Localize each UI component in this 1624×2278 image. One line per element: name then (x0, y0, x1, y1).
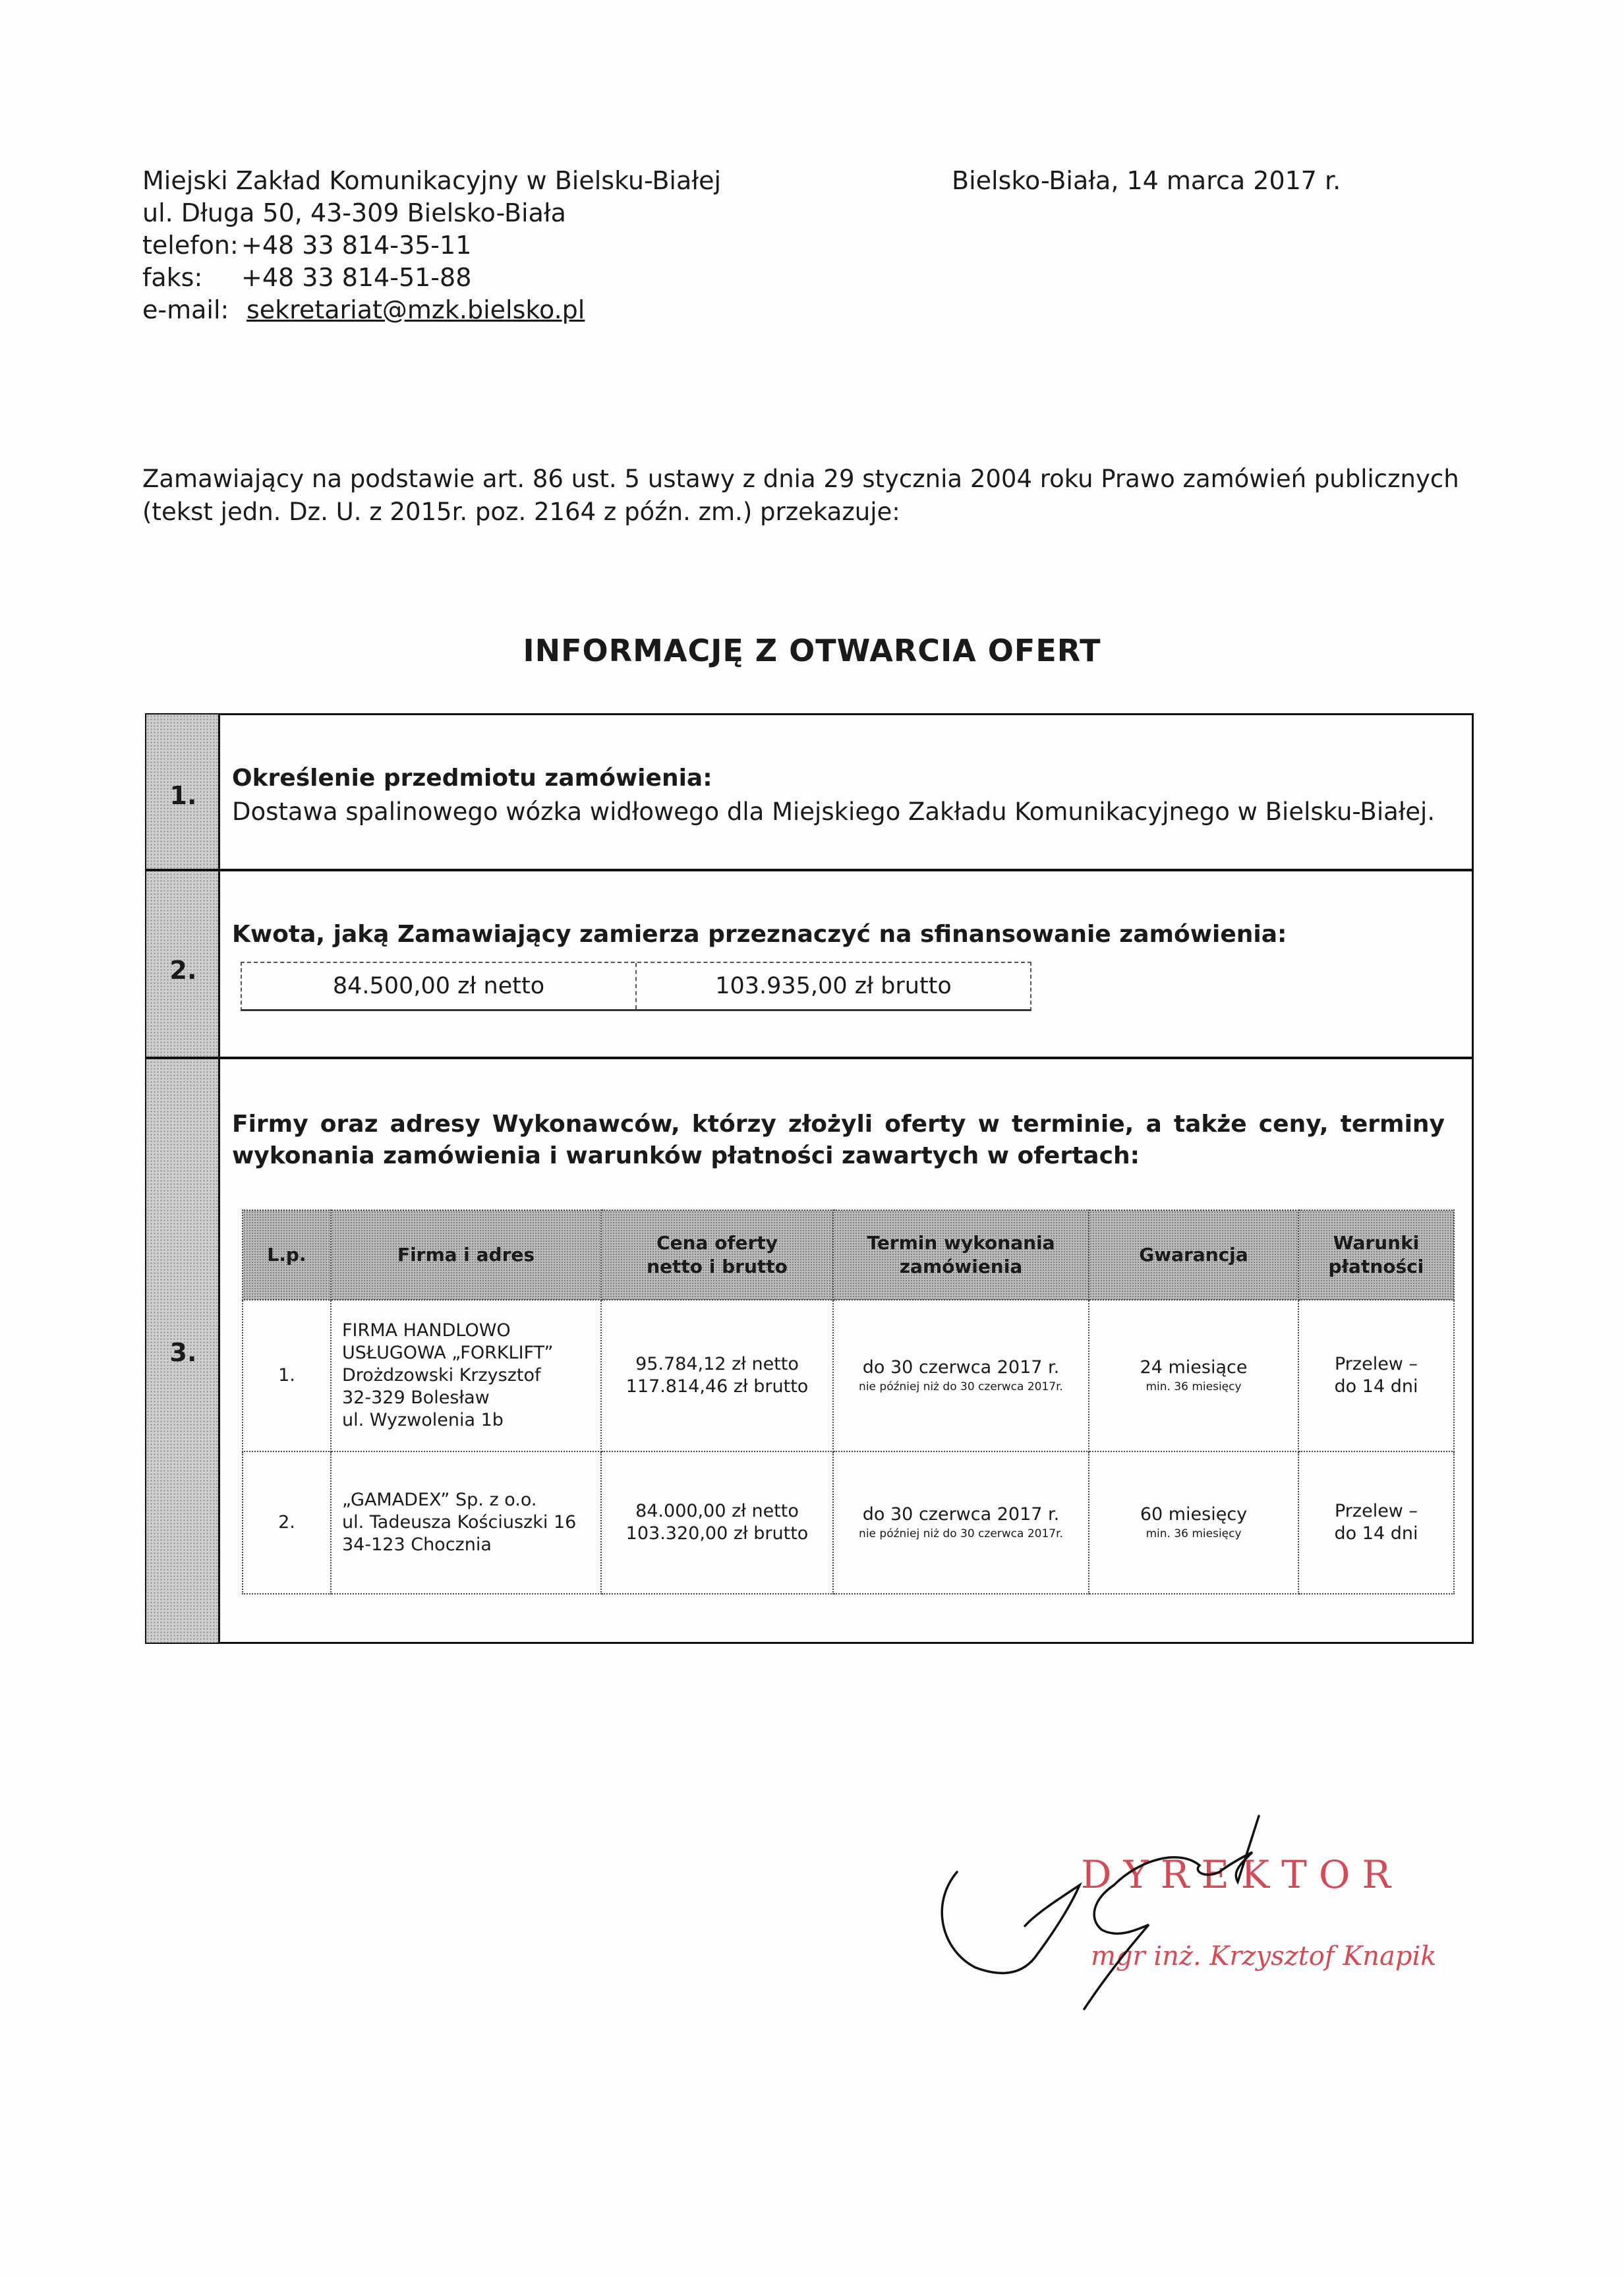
intro-paragraph: Zamawiający na podstawie art. 86 ust. 5 … (142, 463, 1480, 529)
section-divider-2 (146, 1057, 1474, 1059)
header-firm: Firma i adres (331, 1210, 601, 1300)
row-price: 95.784,12 zł netto117.814,46 zł brutto (601, 1300, 833, 1451)
section-number-column (146, 715, 220, 1643)
table-row: 2. „GAMADEX” Sp. z o.o. ul. Tadeusza Koś… (243, 1451, 1454, 1594)
row-firm: „GAMADEX” Sp. z o.o. ul. Tadeusza Kościu… (331, 1451, 601, 1594)
row-term: do 30 czerwca 2017 r.nie później niż do … (833, 1300, 1089, 1451)
handwritten-signature-icon (923, 1780, 1450, 2010)
table-row: 1. FIRMA HANDLOWO USŁUGOWA „FORKLIFT” Dr… (243, 1300, 1454, 1451)
section-1-heading: Określenie przedmiotu zamówienia: (232, 765, 712, 792)
sender-phone-row: telefon:+48 33 814-35-11 (142, 229, 721, 262)
place-date: Bielsko-Biała, 14 marca 2017 r. (952, 165, 1341, 197)
row-warranty: 24 miesiącemin. 36 miesięcy (1089, 1300, 1298, 1451)
bids-table: L.p. Firma i adres Cena ofertynetto i br… (242, 1210, 1455, 1594)
header-lp: L.p. (243, 1210, 331, 1300)
row-firm: FIRMA HANDLOWO USŁUGOWA „FORKLIFT” Drożd… (331, 1300, 601, 1451)
row-term: do 30 czerwca 2017 r.nie później niż do … (833, 1451, 1089, 1594)
row-warranty: 60 miesięcymin. 36 miesięcy (1089, 1451, 1298, 1594)
sender-fax-row: faks:+48 33 814-51-88 (142, 262, 721, 294)
bids-header-row: L.p. Firma i adres Cena ofertynetto i br… (243, 1210, 1454, 1300)
header-payment: Warunkipłatności (1298, 1210, 1454, 1300)
section-2-number: 2. (146, 956, 220, 985)
section-3-heading: Firmy oraz adresy Wykonawców, którzy zło… (232, 1109, 1445, 1172)
budget-box: 84.500,00 zł netto 103.935,00 zł brutto (241, 962, 1031, 1011)
phone-label: telefon: (142, 229, 241, 262)
header-price: Cena ofertynetto i brutto (601, 1210, 833, 1300)
sender-name: Miejski Zakład Komunikacyjny w Bielsku-B… (142, 165, 721, 197)
fax-label: faks: (142, 262, 241, 294)
header-term: Termin wykonaniazamówienia (833, 1210, 1089, 1300)
sender-block: Miejski Zakład Komunikacyjny w Bielsku-B… (142, 165, 721, 326)
row-lp: 1. (243, 1300, 331, 1451)
row-payment: Przelew –do 14 dni (1298, 1300, 1454, 1451)
section-divider-1 (146, 869, 1474, 871)
sender-address: ul. Długa 50, 43-309 Bielsko-Biała (142, 197, 721, 229)
sender-email-row: e-mail:sekretariat@mzk.bielsko.pl (142, 294, 721, 326)
budget-netto: 84.500,00 zł netto (242, 963, 637, 1009)
section-1-body: Dostawa spalinowego wózka widłowego dla … (232, 798, 1435, 826)
row-price: 84.000,00 zł netto103.320,00 zł brutto (601, 1451, 833, 1594)
header-warranty: Gwarancja (1089, 1210, 1298, 1300)
phone-value: +48 33 814-35-11 (241, 231, 471, 260)
section-3-number: 3. (146, 1338, 220, 1367)
email-link[interactable]: sekretariat@mzk.bielsko.pl (246, 295, 585, 324)
fax-value: +48 33 814-51-88 (241, 263, 471, 292)
email-label: e-mail: (142, 294, 246, 326)
document-title: INFORMACJĘ Z OTWARCIA OFERT (0, 633, 1624, 668)
section-2-heading: Kwota, jaką Zamawiający zamierza przezna… (232, 921, 1287, 948)
row-payment: Przelew –do 14 dni (1298, 1451, 1454, 1594)
section-1-number: 1. (146, 781, 220, 810)
budget-brutto: 103.935,00 zł brutto (637, 963, 1030, 1009)
row-lp: 2. (243, 1451, 331, 1594)
